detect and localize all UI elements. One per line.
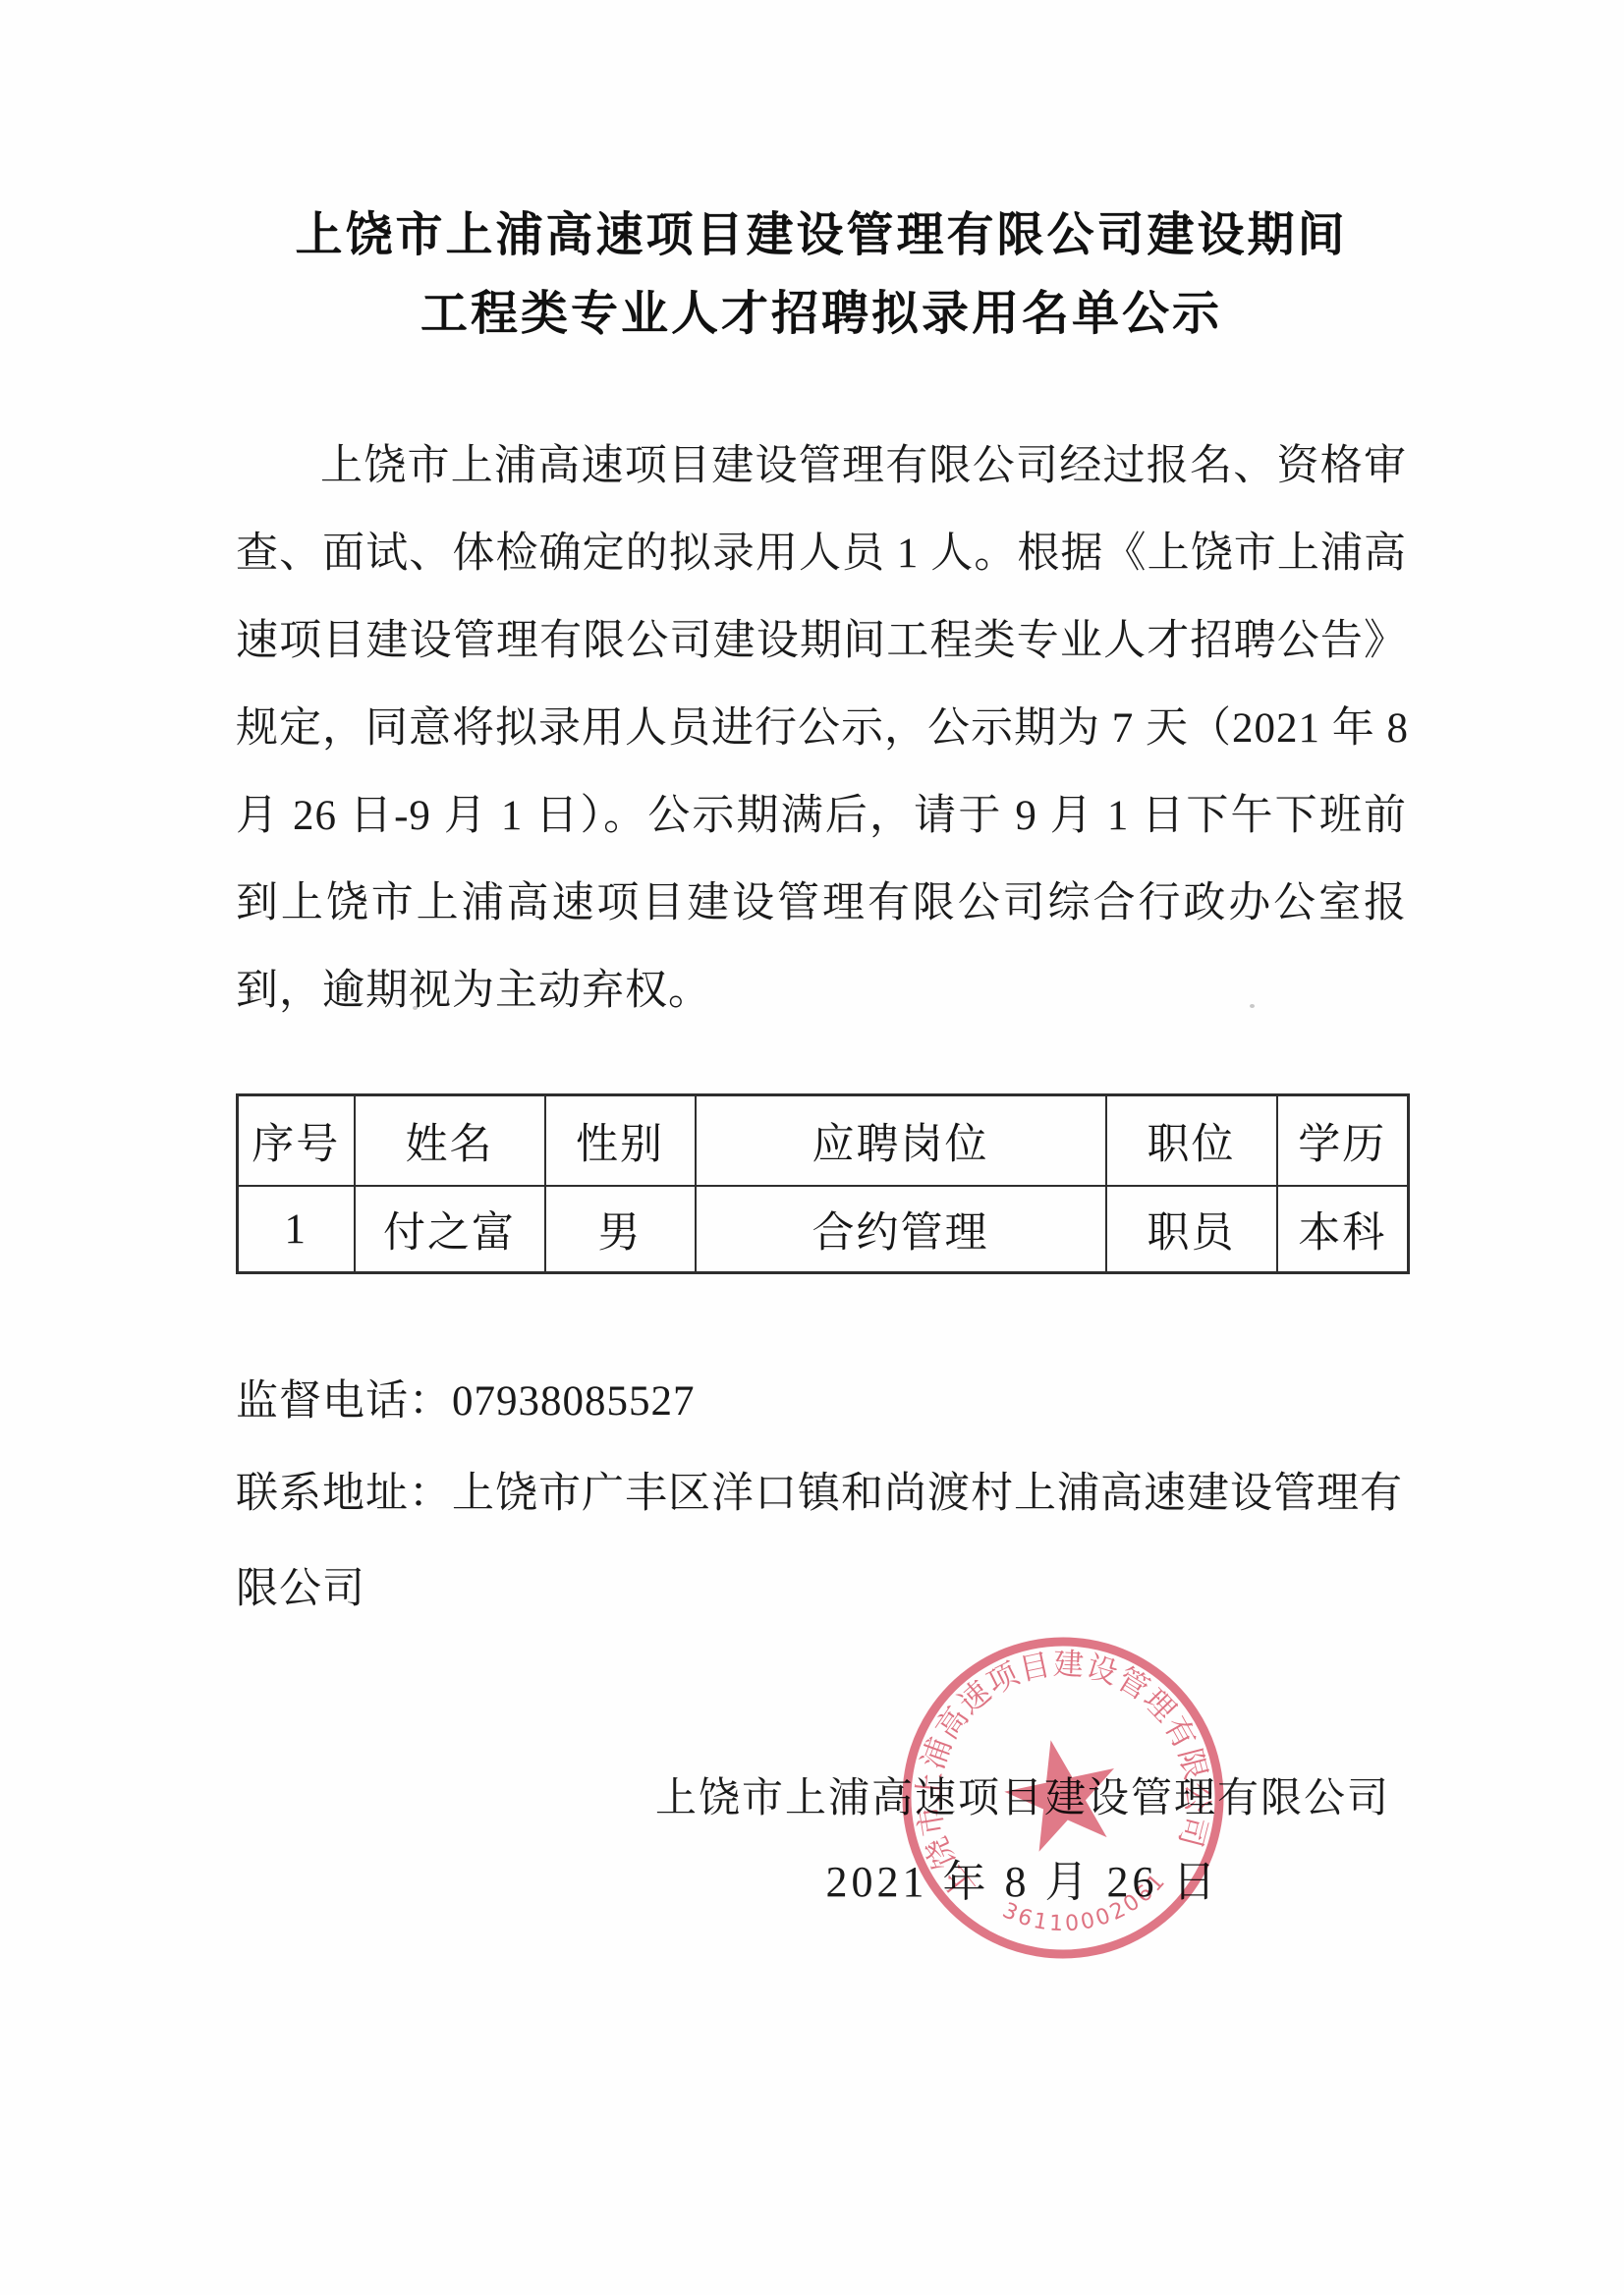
- body-line: 到，逾期视为主动弃权。: [236, 947, 1407, 1035]
- body-line: 月 26 日-9 月 1 日）。公示期满后，请于 9 月 1 日下午下班前: [236, 772, 1407, 860]
- header-gender: 性别: [545, 1095, 696, 1187]
- title-line-1: 上饶市上浦高速项目建设管理有限公司建设期间: [236, 196, 1407, 275]
- scan-speck: [413, 1006, 418, 1010]
- cell-position: 合约管理: [696, 1186, 1106, 1273]
- seal-serial-number: 36110002061: [994, 1865, 1178, 1952]
- header-position: 应聘岗位: [696, 1095, 1106, 1187]
- header-degree: 学历: [1277, 1095, 1409, 1187]
- header-name: 姓名: [355, 1095, 545, 1187]
- contact-address-line2: 限公司: [236, 1555, 1407, 1615]
- scan-speck: [248, 996, 253, 1000]
- supervision-phone: 监督电话：07938085527: [236, 1368, 1407, 1427]
- scan-speck: [1250, 1004, 1255, 1008]
- official-seal: 上饶市上浦高速项目建设管理有限公司 36110002061: [897, 1632, 1229, 1964]
- body-paragraph: 上饶市上浦高速项目建设管理有限公司经过报名、资格审 查、面试、体检确定的拟录用人…: [236, 422, 1407, 1035]
- body-line: 到上饶市上浦高速项目建设管理有限公司综合行政办公室报: [236, 860, 1407, 947]
- contact-address-line1: 联系地址：上饶市广丰区洋口镇和尚渡村上浦高速建设管理有: [236, 1460, 1407, 1520]
- cell-title: 职员: [1106, 1186, 1277, 1273]
- cell-name: 付之富: [355, 1186, 545, 1273]
- seal-star-icon: [996, 1728, 1128, 1856]
- title-line-2: 工程类专业人才招聘拟录用名单公示: [236, 275, 1407, 354]
- body-line: 速项目建设管理有限公司建设期间工程类专业人才招聘公告》: [236, 597, 1407, 685]
- scanned-document-page: 上饶市上浦高速项目建设管理有限公司建设期间 工程类专业人才招聘拟录用名单公示 上…: [0, 0, 1624, 2295]
- body-line: 上饶市上浦高速项目建设管理有限公司经过报名、资格审: [236, 422, 1407, 510]
- document-title: 上饶市上浦高速项目建设管理有限公司建设期间 工程类专业人才招聘拟录用名单公示: [236, 196, 1407, 354]
- header-seq: 序号: [238, 1095, 355, 1187]
- candidate-table: 序号 姓名 性别 应聘岗位 职位 学历 1 付之富 男 合约管理 职员 本科: [236, 1093, 1410, 1274]
- cell-seq: 1: [238, 1186, 355, 1273]
- cell-degree: 本科: [1277, 1186, 1409, 1273]
- header-title: 职位: [1106, 1095, 1277, 1187]
- table-header-row: 序号 姓名 性别 应聘岗位 职位 学历: [238, 1095, 1409, 1187]
- table-row: 1 付之富 男 合约管理 职员 本科: [238, 1186, 1409, 1273]
- cell-gender: 男: [545, 1186, 696, 1273]
- body-line: 规定，同意将拟录用人员进行公示，公示期为 7 天（2021 年 8: [236, 685, 1407, 772]
- svg-text:36110002061: 36110002061: [994, 1865, 1178, 1952]
- body-line: 查、面试、体检确定的拟录用人员 1 人。根据《上饶市上浦高: [236, 510, 1407, 597]
